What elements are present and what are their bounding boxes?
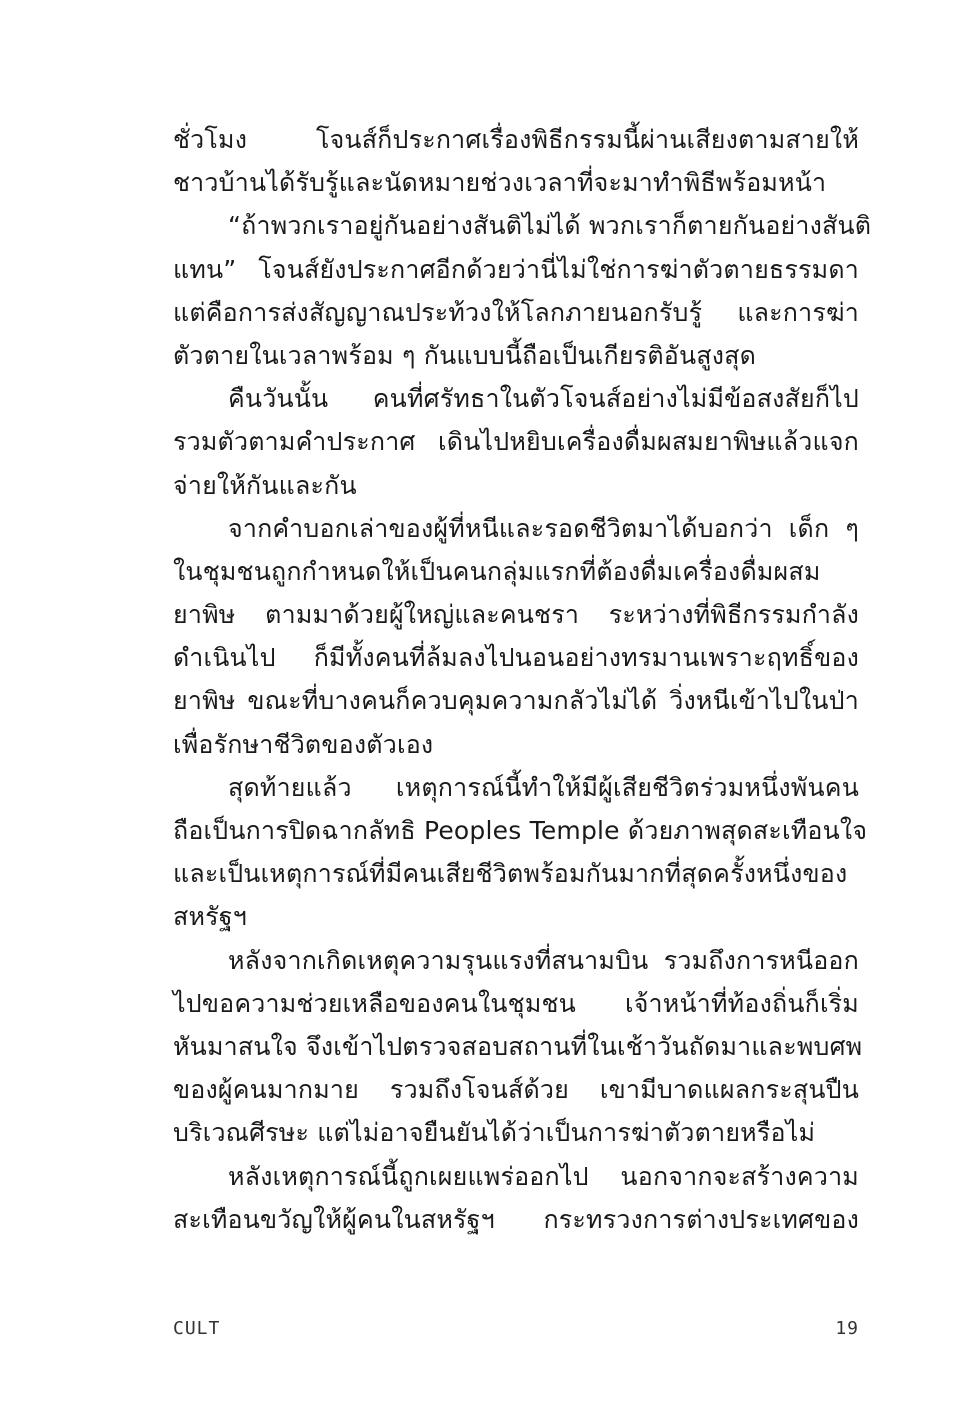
text-line: และเป็นเหตุการณ์ที่มีคนเสียชีวิตพร้อมกัน… [173,852,859,895]
page-footer: CULT 19 [173,1318,859,1342]
text-line: หลังเหตุการณ์นี้ถูกเผยแพร่ออกไป นอกจากจะ… [173,1155,859,1198]
body-text: ชั่วโมง โจนส์ก็ประกาศเรื่องพิธีกรรมนี้ผ่… [173,118,859,1241]
text-line: แทน” โจนส์ยังประกาศอีกด้วยว่านี่ไม่ใช่กา… [173,248,859,291]
text-line: ยาพิษ ตามมาด้วยผู้ใหญ่และคนชรา ระหว่างที… [173,593,859,636]
text-line: จ่ายให้กันและกัน [173,464,859,507]
text-line: ถือเป็นการปิดฉากลัทธิ Peoples Temple ด้ว… [173,809,859,852]
paragraph: หลังเหตุการณ์นี้ถูกเผยแพร่ออกไป นอกจากจะ… [173,1155,859,1241]
book-page: ชั่วโมง โจนส์ก็ประกาศเรื่องพิธีกรรมนี้ผ่… [0,0,967,1407]
paragraph: หลังจากเกิดเหตุความรุนแรงที่สนามบิน รวมถ… [173,939,859,1155]
paragraph: จากคำบอกเล่าของผู้ที่หนีและรอดชีวิตมาได้… [173,507,859,766]
text-line: “ถ้าพวกเราอยู่กันอย่างสันติไม่ได้ พวกเรา… [173,204,859,247]
paragraph: คืนวันนั้น คนที่ศรัทธาในตัวโจนส์อย่างไม่… [173,377,859,507]
text-line: หันมาสนใจ จึงเข้าไปตรวจสอบสถานที่ในเช้าว… [173,1025,859,1068]
paragraph: “ถ้าพวกเราอยู่กันอย่างสันติไม่ได้ พวกเรา… [173,204,859,377]
text-line: รวมตัวตามคำประกาศ เดินไปหยิบเครื่องดื่มผ… [173,420,859,463]
paragraph: ชั่วโมง โจนส์ก็ประกาศเรื่องพิธีกรรมนี้ผ่… [173,118,859,204]
paragraph: สุดท้ายแล้ว เหตุการณ์นี้ทำให้มีผู้เสียชี… [173,766,859,939]
text-line: ของผู้คนมากมาย รวมถึงโจนส์ด้วย เขามีบาดแ… [173,1068,859,1111]
running-head: CULT [173,1318,220,1339]
text-line: ดำเนินไป ก็มีทั้งคนที่ล้มลงไปนอนอย่างทรม… [173,636,859,679]
text-line: ยาพิษ ขณะที่บางคนก็ควบคุมความกลัวไม่ได้ … [173,679,859,722]
text-line: ชั่วโมง โจนส์ก็ประกาศเรื่องพิธีกรรมนี้ผ่… [173,118,859,161]
text-line: บริเวณศีรษะ แต่ไม่อาจยืนยันได้ว่าเป็นการ… [173,1111,859,1154]
page-number: 19 [835,1318,859,1339]
text-line: ในชุมชนถูกกำหนดให้เป็นคนกลุ่มแรกที่ต้องด… [173,550,859,593]
text-line: หลังจากเกิดเหตุความรุนแรงที่สนามบิน รวมถ… [173,939,859,982]
text-line: จากคำบอกเล่าของผู้ที่หนีและรอดชีวิตมาได้… [173,507,859,550]
text-line: สุดท้ายแล้ว เหตุการณ์นี้ทำให้มีผู้เสียชี… [173,766,859,809]
text-line: สะเทือนขวัญให้ผู้คนในสหรัฐฯ กระทรวงการต่… [173,1198,859,1241]
text-line: ไปขอความช่วยเหลือของคนในชุมชน เจ้าหน้าที… [173,982,859,1025]
text-line: สหรัฐฯ [173,895,859,938]
text-line: แต่คือการส่งสัญญาณประท้วงให้โลกภายนอกรับ… [173,291,859,334]
text-line: เพื่อรักษาชีวิตของตัวเอง [173,723,859,766]
text-line: คืนวันนั้น คนที่ศรัทธาในตัวโจนส์อย่างไม่… [173,377,859,420]
text-line: ชาวบ้านได้รับรู้และนัดหมายช่วงเวลาที่จะม… [173,161,859,204]
text-line: ตัวตายในเวลาพร้อม ๆ กันแบบนี้ถือเป็นเกีย… [173,334,859,377]
